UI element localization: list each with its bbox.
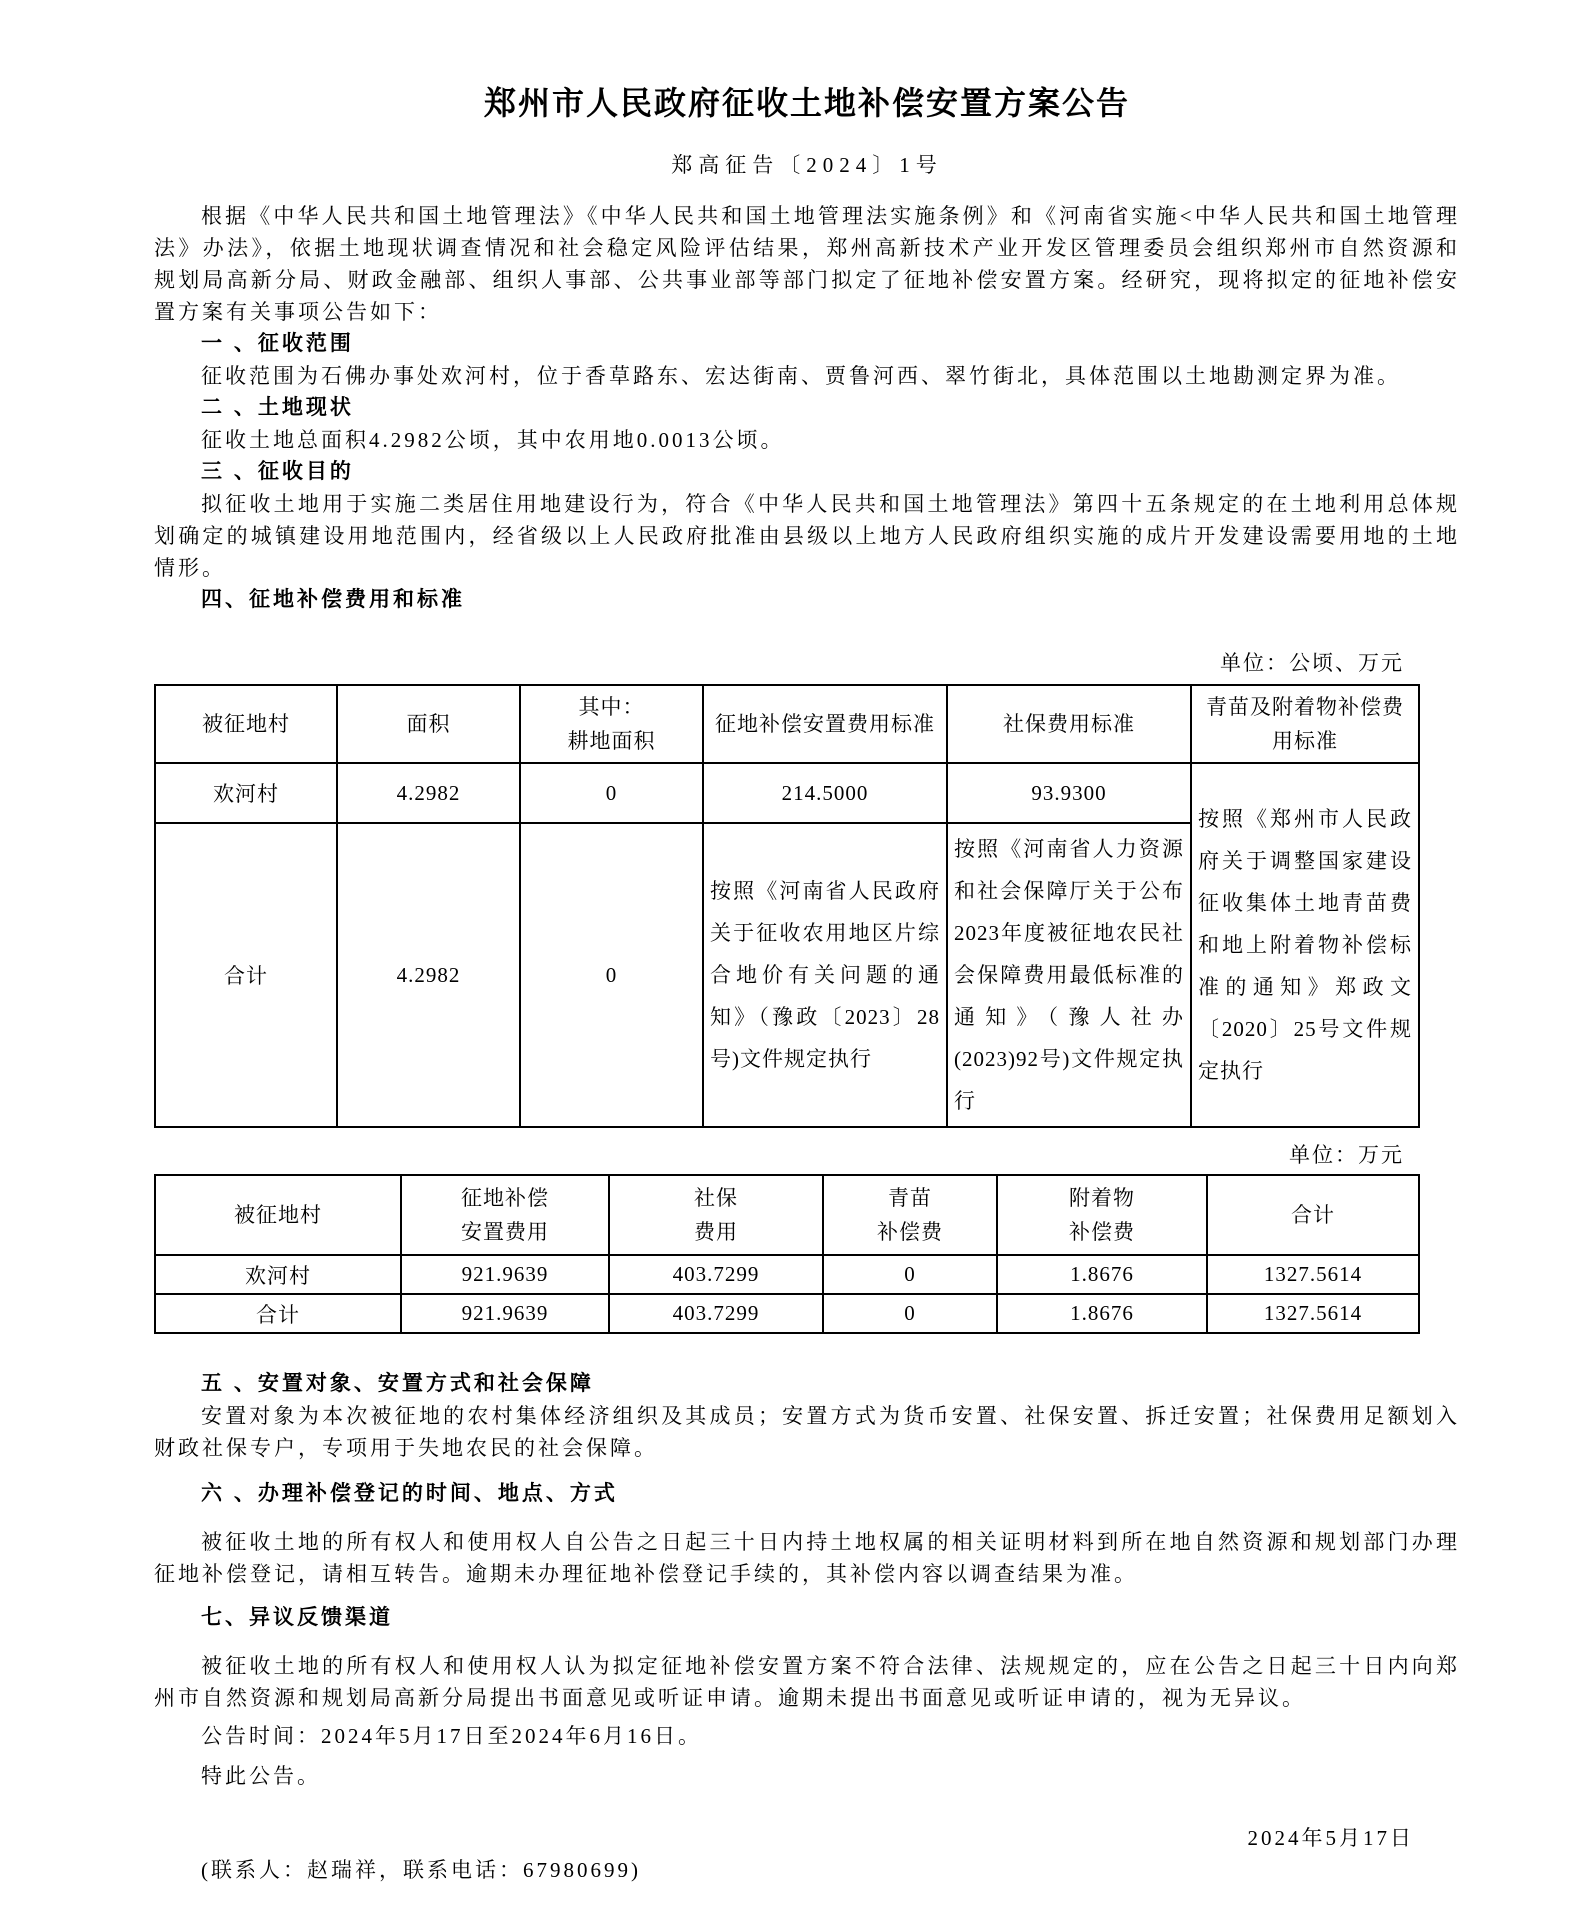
intro-paragraph: 根据《中华人民共和国土地管理法》《中华人民共和国土地管理法实施条例》和《河南省实… xyxy=(154,200,1460,328)
table2-village-total: 1327.5614 xyxy=(1207,1255,1419,1294)
table1-header-area: 面积 xyxy=(337,685,520,763)
table2-village-row: 欢河村 921.9639 403.7299 0 1.8676 1327.5614 xyxy=(155,1255,1419,1294)
table1-unit-label: 单位：公顷、万元 xyxy=(154,650,1418,676)
contact-line: (联系人：赵瑞祥，联系电话：67980699) xyxy=(154,1854,1460,1886)
table1-village-area: 4.2982 xyxy=(337,763,520,823)
table2-header-village: 被征地村 xyxy=(155,1175,401,1255)
section-1-heading: 一 、征收范围 xyxy=(154,328,1460,360)
compensation-standard-table: 被征地村 面积 其中： 耕地面积 征地补偿安置费用标准 社保费用标准 青苗及附着… xyxy=(154,684,1420,1128)
table1-seedling-note: 按照《郑州市人民政府关于调整国家建设征收集体土地青苗费和地上附着物补偿标准的通知… xyxy=(1191,763,1419,1127)
table2-total-seedling-fee: 0 xyxy=(823,1294,997,1333)
table1-social-note: 按照《河南省人力资源和社会保障厅关于公布2023年度被征地农民社会保障费用最低标… xyxy=(947,823,1191,1127)
issue-date: 2024年5月17日 xyxy=(154,1822,1418,1854)
section-1-body: 征收范围为石佛办事处欢河村，位于香草路东、宏达街南、贾鲁河西、翠竹街北，具体范围… xyxy=(154,360,1460,392)
page-title: 郑州市人民政府征收土地补偿安置方案公告 xyxy=(154,84,1460,122)
section-2-heading: 二 、土地现状 xyxy=(154,392,1460,424)
table1-total-area: 4.2982 xyxy=(337,823,520,1127)
section-5-body: 安置对象为本次被征地的农村集体经济组织及其成员；安置方式为货币安置、社保安置、拆… xyxy=(154,1400,1460,1464)
table2-total-attachment-fee: 1.8676 xyxy=(997,1294,1207,1333)
table2-village-social-fee: 403.7299 xyxy=(609,1255,823,1294)
table1-header-seedling-standard: 青苗及附着物补偿费用标准 xyxy=(1191,685,1419,763)
table1-comp-note: 按照《河南省人民政府关于征收农用地区片综合地价有关问题的通知》（豫政〔2023〕… xyxy=(703,823,947,1127)
section-6-heading: 六 、办理补偿登记的时间、地点、方式 xyxy=(154,1478,1460,1510)
section-4-heading: 四、征地补偿费用和标准 xyxy=(154,584,1460,616)
table1-header-row: 被征地村 面积 其中： 耕地面积 征地补偿安置费用标准 社保费用标准 青苗及附着… xyxy=(155,685,1419,763)
doc-number: 郑高征告〔2024〕1号 xyxy=(154,152,1460,178)
table2-header-comp-fee: 征地补偿 安置费用 xyxy=(401,1175,609,1255)
compensation-amount-table: 被征地村 征地补偿 安置费用 社保 费用 青苗 补偿费 附着物 补偿费 合计 欢… xyxy=(154,1174,1420,1334)
table1-village-social-standard: 93.9300 xyxy=(947,763,1191,823)
table2-unit-label: 单位：万元 xyxy=(154,1142,1418,1168)
table2-header-social-fee: 社保 费用 xyxy=(609,1175,823,1255)
section-3-body: 拟征收土地用于实施二类居住用地建设行为，符合《中华人民共和国土地管理法》第四十五… xyxy=(154,488,1460,584)
table2-village-comp-fee: 921.9639 xyxy=(401,1255,609,1294)
table2-total-social-fee: 403.7299 xyxy=(609,1294,823,1333)
document-page: 郑州市人民政府征收土地补偿安置方案公告 郑高征告〔2024〕1号 根据《中华人民… xyxy=(0,0,1586,1886)
section-6-body: 被征收土地的所有权人和使用权人自公告之日起三十日内持土地权属的相关证明材料到所在… xyxy=(154,1526,1460,1590)
table1-village-comp-standard: 214.5000 xyxy=(703,763,947,823)
table1-header-comp-standard: 征地补偿安置费用标准 xyxy=(703,685,947,763)
table2-total-row: 合计 921.9639 403.7299 0 1.8676 1327.5614 xyxy=(155,1294,1419,1333)
table2-header-row: 被征地村 征地补偿 安置费用 社保 费用 青苗 补偿费 附着物 补偿费 合计 xyxy=(155,1175,1419,1255)
table2-header-seedling-fee: 青苗 补偿费 xyxy=(823,1175,997,1255)
table1-total-label: 合计 xyxy=(155,823,337,1127)
table2-total-comp-fee: 921.9639 xyxy=(401,1294,609,1333)
section-5-heading: 五 、安置对象、安置方式和社会保障 xyxy=(154,1368,1460,1400)
table2-header-attachment-fee: 附着物 补偿费 xyxy=(997,1175,1207,1255)
table2-village-seedling-fee: 0 xyxy=(823,1255,997,1294)
table1-village-farmland: 0 xyxy=(520,763,703,823)
section-3-heading: 三 、征收目的 xyxy=(154,456,1460,488)
table2-village-name: 欢河村 xyxy=(155,1255,401,1294)
table1-header-social-standard: 社保费用标准 xyxy=(947,685,1191,763)
announcement-period: 公告时间：2024年5月17日至2024年6月16日。 xyxy=(154,1720,1460,1752)
table1-header-farmland: 其中： 耕地面积 xyxy=(520,685,703,763)
table2-total-total: 1327.5614 xyxy=(1207,1294,1419,1333)
table2-total-label: 合计 xyxy=(155,1294,401,1333)
table1-header-village: 被征地村 xyxy=(155,685,337,763)
section-2-body: 征收土地总面积4.2982公顷，其中农用地0.0013公顷。 xyxy=(154,424,1460,456)
table2-village-attachment-fee: 1.8676 xyxy=(997,1255,1207,1294)
closing-statement: 特此公告。 xyxy=(154,1760,1460,1792)
table1-village-name: 欢河村 xyxy=(155,763,337,823)
table1-village-row: 欢河村 4.2982 0 214.5000 93.9300 按照《郑州市人民政府… xyxy=(155,763,1419,823)
section-7-heading: 七、异议反馈渠道 xyxy=(154,1602,1460,1634)
table1-total-farmland: 0 xyxy=(520,823,703,1127)
section-7-body: 被征收土地的所有权人和使用权人认为拟定征地补偿安置方案不符合法律、法规规定的，应… xyxy=(154,1650,1460,1714)
table2-header-total: 合计 xyxy=(1207,1175,1419,1255)
